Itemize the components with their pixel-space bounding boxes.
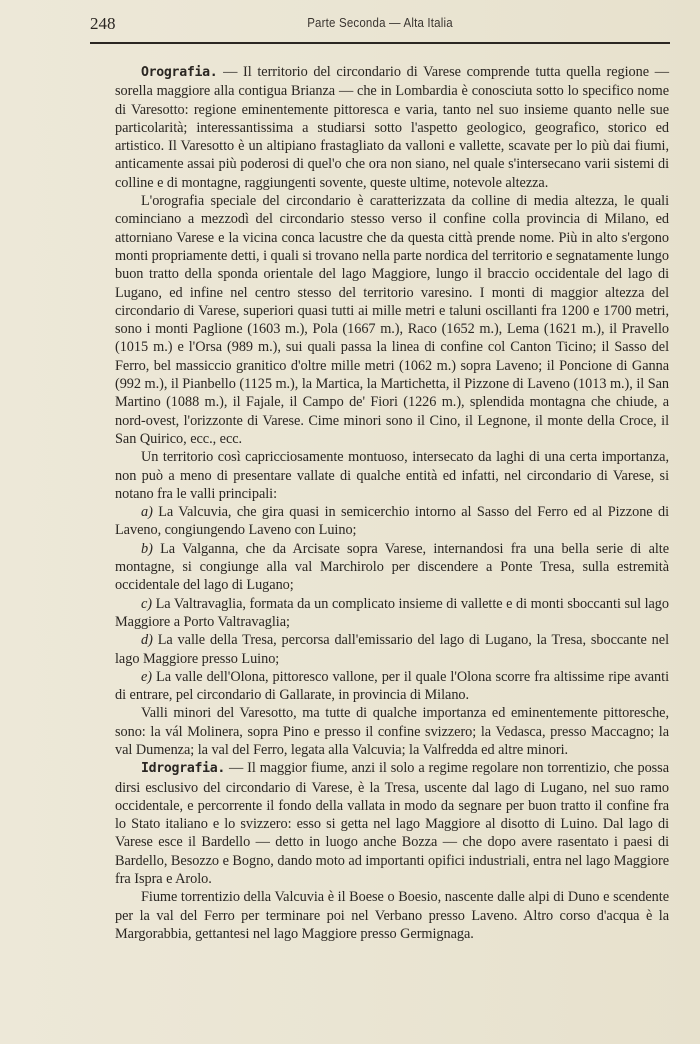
- paragraph-valli-minori: Valli minori del Varesotto, ma tutte di …: [115, 704, 669, 759]
- item-letter: c): [141, 596, 152, 612]
- item-letter: e): [141, 669, 152, 685]
- valley-item-e: e) La valle dell'Olona, pittoresco vallo…: [115, 668, 669, 705]
- paragraph-fiume-torrentizio: Fiume torrentizio della Valcuvia è il Bo…: [115, 888, 669, 943]
- valley-item-d: d) La valle della Tresa, percorsa dall'e…: [115, 631, 669, 668]
- valley-item-c: c) La Valtravaglia, formata da un compli…: [115, 595, 669, 632]
- valley-item-a: a) La Valcuvia, che gira quasi in semice…: [115, 503, 669, 540]
- paragraph-text: — Il maggior fiume, anzi il solo a regim…: [115, 760, 669, 887]
- header-rule: [90, 42, 670, 44]
- page-header: 248 Parte Seconda — Alta Italia: [90, 12, 670, 36]
- item-text: La Valganna, che da Arcisate sopra Vares…: [115, 541, 669, 594]
- paragraph-text: — Il territorio del circondario di Vares…: [115, 64, 669, 191]
- section-heading-orografia: Orografia.: [141, 65, 217, 80]
- item-text: La Valcuvia, che gira quasi in semicerch…: [115, 504, 669, 538]
- item-text: La Valtravaglia, formata da un complicat…: [115, 596, 669, 630]
- running-head: Parte Seconda — Alta Italia: [113, 16, 647, 30]
- item-text: La valle della Tresa, percorsa dall'emis…: [115, 632, 669, 666]
- book-page: 248 Parte Seconda — Alta Italia Orografi…: [90, 12, 670, 36]
- item-letter: b): [141, 541, 153, 557]
- page-body: Orografia. — Il territorio del circondar…: [115, 63, 669, 943]
- valley-item-b: b) La Valganna, che da Arcisate sopra Va…: [115, 540, 669, 595]
- item-letter: d): [141, 632, 153, 648]
- paragraph-valli-intro: Un territorio così capricciosamente mont…: [115, 448, 669, 503]
- item-letter: a): [141, 504, 153, 520]
- paragraph-idrografia: Idrografia. — Il maggior fiume, anzi il …: [115, 759, 669, 888]
- paragraph-orografia-speciale: L'orografia speciale del circondario è c…: [115, 192, 669, 448]
- page-number: 248: [90, 14, 116, 34]
- paragraph-orografia: Orografia. — Il territorio del circondar…: [115, 63, 669, 192]
- item-text: La valle dell'Olona, pittoresco vallone,…: [115, 669, 669, 703]
- section-heading-idrografia: Idrografia.: [141, 761, 225, 776]
